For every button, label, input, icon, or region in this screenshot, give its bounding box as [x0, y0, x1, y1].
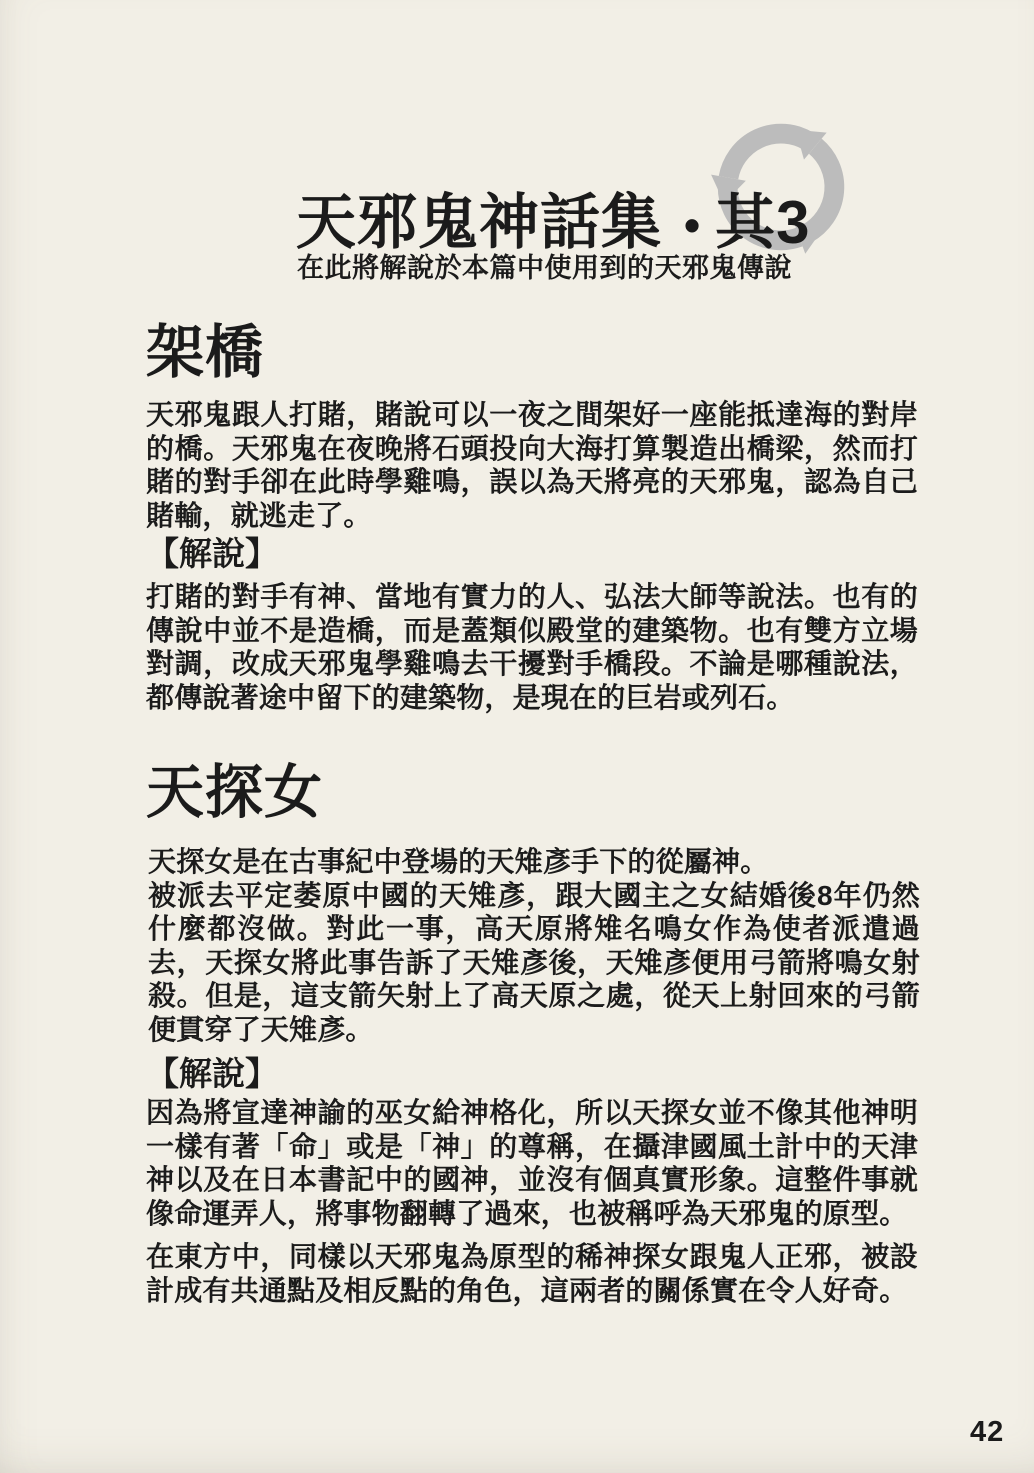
commentary-label-amanosagume: 【解說】: [146, 1056, 278, 1092]
page-number: 42: [970, 1416, 1004, 1449]
commentary-label-bridge: 【解說】: [146, 536, 278, 572]
section-heading-amanosagume: 天探女: [146, 762, 323, 824]
commentary-body-amanosagume: 因為將宣達神諭的巫女給神格化，所以天探女並不像其他神明一樣有著「命」或是「神」的…: [146, 1096, 918, 1230]
section-body-amanosagume: 天探女是在古事紀中登場的天雉彥手下的從屬神。 被派去平定萎原中國的天雉彥，跟大國…: [148, 845, 920, 1046]
section-heading-bridge: 架橋: [146, 322, 264, 384]
section-body-bridge: 天邪鬼跟人打賭，賭說可以一夜之間架好一座能抵達海的對岸的橋。天邪鬼在夜晚將石頭投…: [146, 398, 918, 532]
scanned-page: 天邪鬼神話集 • 其3 在此將解說於本篇中使用到的天邪鬼傳說 架橋 天邪鬼跟人打…: [0, 0, 1034, 1473]
page-subtitle: 在此將解說於本篇中使用到的天邪鬼傳說: [297, 246, 792, 285]
afterword-touhou-note: 在東方中，同樣以天邪鬼為原型的稀神探女跟鬼人正邪，被設計成有共通點及相反點的角色…: [146, 1240, 918, 1307]
commentary-body-bridge: 打賭的對手有神、當地有實力的人、弘法大師等說法。也有的傳說中並不是造橋，而是蓋類…: [146, 580, 918, 714]
